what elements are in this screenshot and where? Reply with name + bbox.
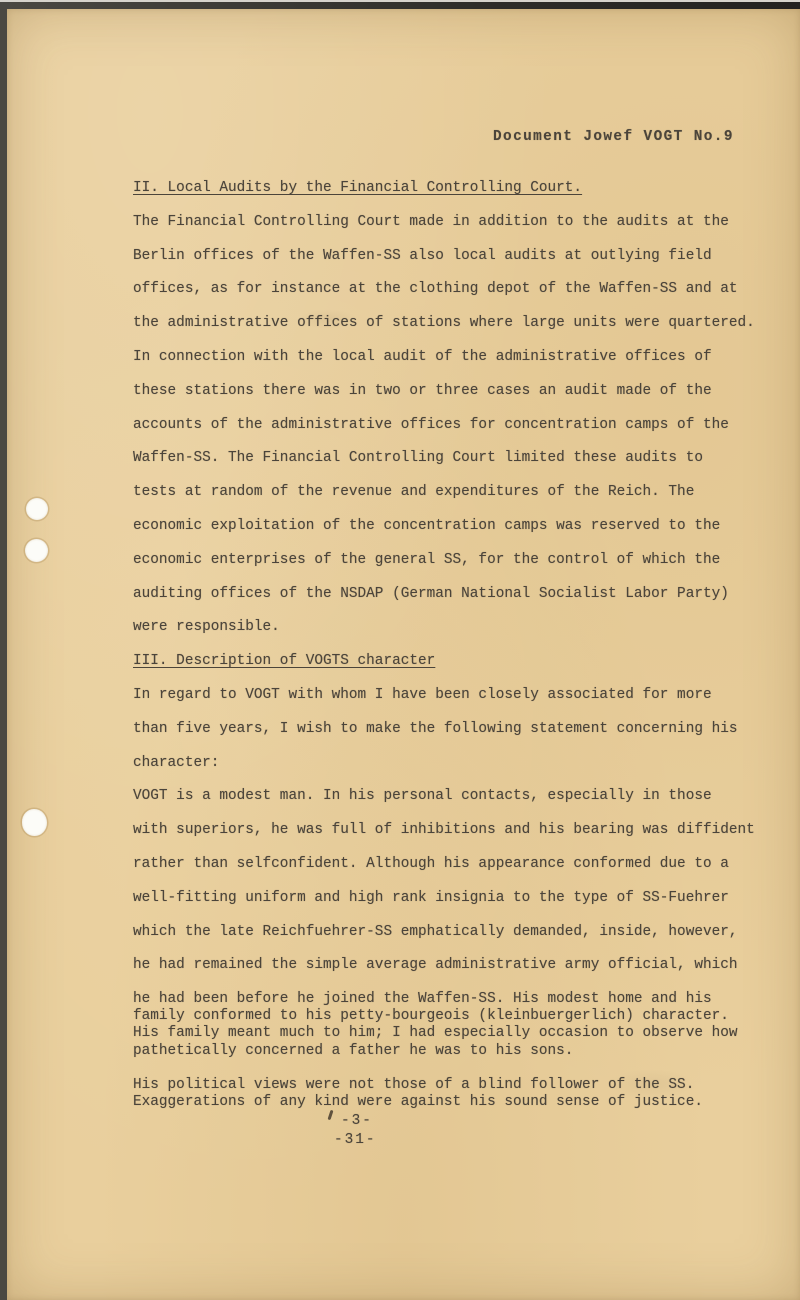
single-spaced-text-block: he had been before he joined the Waffen-… (133, 991, 783, 1111)
typed-line: character: (133, 755, 773, 789)
typed-line: rather than selfconfident. Although his … (133, 856, 773, 890)
typed-line: In connection with the local audit of th… (133, 349, 773, 383)
section-heading-ii: II. Local Audits by the Financial Contro… (133, 180, 773, 214)
typed-line: family conformed to his petty-bourgeois … (133, 1008, 783, 1025)
ink-stray-mark (328, 1110, 334, 1120)
document-reference: Document Jowef VOGT No.9 (493, 129, 734, 145)
typed-line: His political views were not those of a … (133, 1077, 783, 1094)
typed-line: Berlin offices of the Waffen-SS also loc… (133, 248, 773, 282)
typed-line: pathetically concerned a father he was t… (133, 1043, 783, 1060)
scanned-document-page: Document Jowef VOGT No.9 II. Local Audit… (0, 0, 800, 1300)
typed-line: well-fitting uniform and high rank insig… (133, 890, 773, 924)
typed-line: The Financial Controlling Court made in … (133, 214, 773, 248)
scan-edge-highlight (0, 0, 800, 2)
typed-line: with superiors, he was full of inhibitio… (133, 822, 773, 856)
typed-line: he had been before he joined the Waffen-… (133, 991, 783, 1008)
page-number: -3- (341, 1113, 373, 1129)
typed-line: which the late Reichfuehrer-SS emphatica… (133, 924, 773, 958)
typed-line: these stations there was in two or three… (133, 383, 773, 417)
typed-line: tests at random of the revenue and expen… (133, 484, 773, 518)
typed-line: he had remained the simple average admin… (133, 957, 773, 991)
typed-line: accounts of the administrative offices f… (133, 417, 773, 451)
punch-hole (26, 498, 48, 520)
typed-line: His family meant much to him; I had espe… (133, 1025, 783, 1042)
punch-hole (25, 539, 48, 562)
section-heading-iii: III. Description of VOGTS character (133, 653, 773, 687)
paper-sheet: Document Jowef VOGT No.9 II. Local Audit… (7, 9, 800, 1300)
page-number-alt: -31- (334, 1132, 377, 1148)
typed-line: than five years, I wish to make the foll… (133, 721, 773, 755)
typed-line: economic exploitation of the concentrati… (133, 518, 773, 552)
line-gap (133, 1060, 783, 1077)
punch-hole (22, 809, 47, 836)
main-text-block: II. Local Audits by the Financial Contro… (133, 180, 773, 991)
typed-line: offices, as for instance at the clothing… (133, 281, 773, 315)
typed-line: economic enterprises of the general SS, … (133, 552, 773, 586)
typed-line: VOGT is a modest man. In his personal co… (133, 788, 773, 822)
typed-line: Waffen-SS. The Financial Controlling Cou… (133, 450, 773, 484)
typed-line: Exaggerations of any kind were against h… (133, 1094, 783, 1111)
typed-line: the administrative offices of stations w… (133, 315, 773, 349)
typed-line: were responsible. (133, 619, 773, 653)
typed-line: auditing offices of the NSDAP (German Na… (133, 586, 773, 620)
typed-line: In regard to VOGT with whom I have been … (133, 687, 773, 721)
